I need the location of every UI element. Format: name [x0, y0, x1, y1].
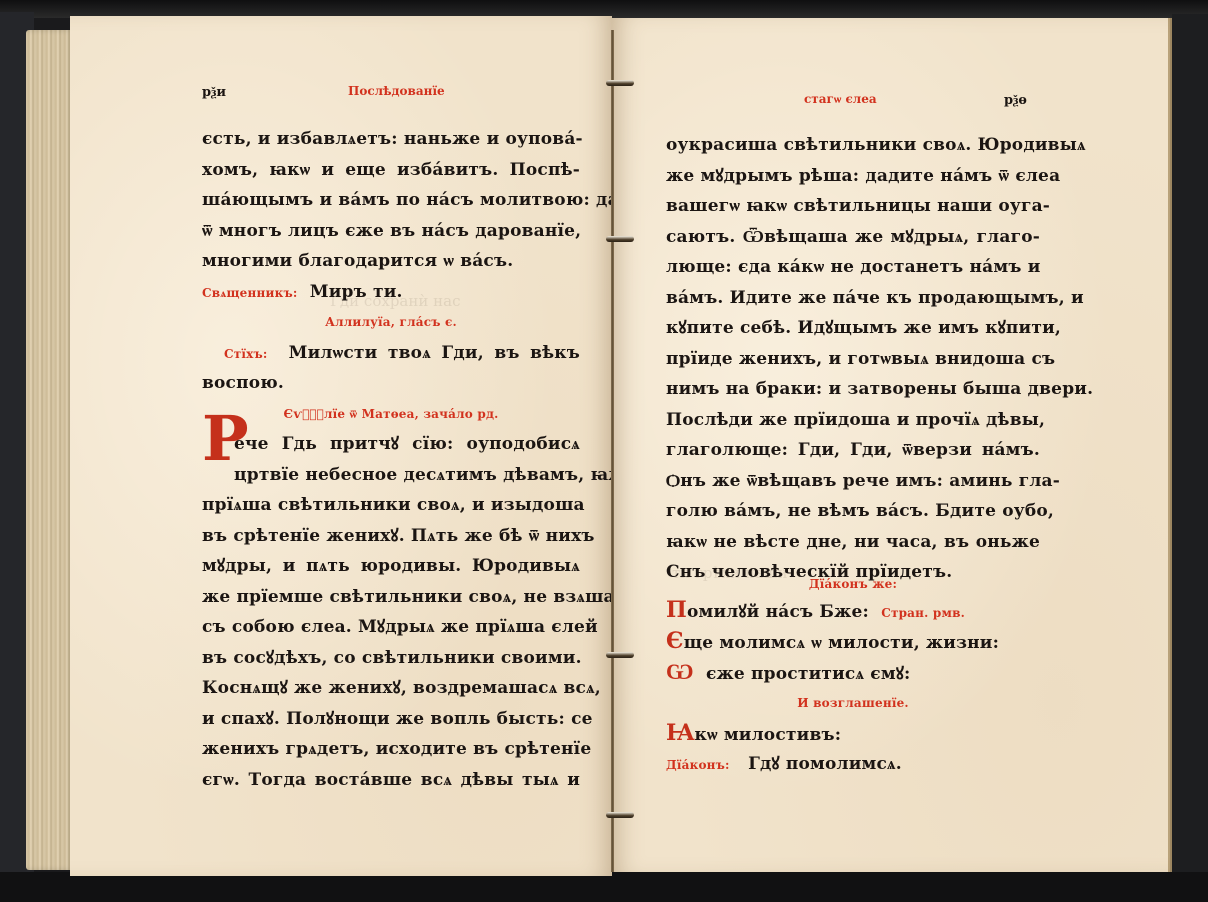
book-gutter — [611, 30, 614, 872]
right-page: ти грѣхи наши стагѡ єлеа рѯѳ оукрасиша с… — [612, 18, 1172, 872]
priest-rubric: Свѧщенникъ: — [202, 286, 297, 300]
book-cover-right — [1172, 14, 1208, 886]
ekphonesis-rubric: И возглашенїе. — [666, 689, 1040, 719]
final-text: кѡ милостивъ: — [695, 725, 842, 745]
litany-line: Помилꙋй нáсъ Бже: Стран. рмв. — [666, 596, 1040, 627]
litany-initial: П — [666, 597, 687, 623]
left-folio-number: рѯи — [202, 84, 226, 100]
text-line: женихъ грѧдетъ, исходите въ срѣтенїе — [202, 734, 580, 765]
text-line: Коснѧщꙋ же женихꙋ, воздремашасѧ всѧ, — [202, 673, 580, 704]
text-line: ече Гдь притчꙋ сїю: оуподобисѧ — [202, 429, 580, 460]
text-line: прїиде женихъ, и готѡвыѧ внидоша съ — [666, 344, 1040, 375]
page-edges — [26, 30, 74, 870]
text-line: шáющымъ и вáмъ по нáсъ молитвою: да — [202, 185, 580, 216]
binding-stitch — [606, 812, 634, 818]
text-line: єсть, и избавлѧетъ: наньже и оуповá- — [202, 124, 580, 155]
final-initial: Ꙗ — [666, 720, 695, 746]
litany-text: ще молимсѧ ѡ милости, жизни: — [684, 633, 999, 653]
right-folio-number: рѯѳ — [1004, 92, 1027, 108]
deacon-final-line: Дїáконъ: Гдꙋ помолимсѧ. — [666, 750, 1040, 781]
text-line: саютъ. Ѿвѣщаша же мꙋдрыѧ, глаго- — [666, 222, 1040, 253]
right-running-head: стагѡ єлеа — [804, 92, 877, 107]
left-running-head: Послѣдованїе — [348, 84, 445, 98]
text-line: въ срѣтенїе женихꙋ. Пѧть же бѣ ѿ нихъ — [202, 521, 580, 552]
litany-text: омилꙋй нáсъ Бже: — [687, 602, 869, 622]
deacon-rubric-2: Дїáконъ: — [666, 758, 730, 772]
text-line: оукрасиша свѣтильники своѧ. Юродивыѧ — [666, 130, 1040, 161]
gospel-heading: Єѵⷢⷭ҇лїе ѿ Матѳеа, зачáло рд. — [202, 399, 580, 430]
litany-line: Єще молимсѧ ѡ милости, жизни: — [666, 627, 1040, 658]
litany-rubric: Стран. рмв. — [881, 606, 965, 620]
binding-stitch — [606, 652, 634, 658]
gospel-text: ече Гдь притчꙋ сїю: оуподобисѧ цртвїе не… — [202, 429, 580, 795]
text-line: ꙗкѡ не вѣсте дне, ни часа, въ оньже — [666, 527, 1040, 558]
background-bottom — [0, 872, 1208, 902]
text-line: єгѡ. Тогда востáвше всѧ дѣвы тыѧ и — [202, 765, 580, 796]
text-line: глаголюще: Гди, Гди, ѿверзи нáмъ. — [666, 435, 1040, 466]
stich-rubric: Стїхъ: — [224, 347, 268, 361]
stich-line: Стїхъ: Милѡсти твоѧ Гди, въ вѣкъ — [202, 338, 580, 369]
left-page: Гди сохранѝ нас рѯи Послѣдованїе єсть, и… — [70, 16, 612, 876]
text-line: Послѣди же прїидоша и прочїѧ дѣвы, — [666, 405, 1040, 436]
text-line: въ сосꙋдѣхъ, со свѣтильники своими. — [202, 643, 580, 674]
text-line: же прїемше свѣтильники своѧ, не взѧша — [202, 582, 580, 613]
text-line: многими благодарится ѡ вáсъ. — [202, 246, 580, 277]
text-line: съ собою єлеа. Мꙋдрыѧ же прїѧша єлей — [202, 612, 580, 643]
priest-text: Миръ ти. — [310, 282, 403, 302]
text-line: хомъ, ꙗкѡ и еще избáвитъ. Поспѣ- — [202, 155, 580, 186]
alleluia-rubric: Аллилуїа, глáсъ є. — [202, 307, 580, 338]
right-text-body: оукрасиша свѣтильники своѧ. Юродивыѧ же … — [666, 130, 1040, 588]
deacon-rubric: Дїáконъ же: — [666, 570, 1040, 596]
litany-text: єже проститисѧ ємꙋ: — [706, 664, 911, 684]
litany-block: Дїáконъ же: Помилꙋй нáсъ Бже: Стран. рмв… — [666, 570, 1040, 781]
left-text-body: єсть, и избавлѧетъ: наньже и оуповá- хом… — [202, 124, 580, 429]
text-line: и спахꙋ. Полꙋнощи же вопль бысть: се — [202, 704, 580, 735]
text-line: ѿ многъ лицъ єже въ нáсъ дарованїе, — [202, 216, 580, 247]
text-line: кꙋпите себѣ. Идꙋщымъ же имъ кꙋпити, — [666, 313, 1040, 344]
deacon-final-text: Гдꙋ помолимсѧ. — [748, 754, 902, 774]
text-line: люще: єда кáкѡ не достанетъ нáмъ и — [666, 252, 1040, 283]
stich-text: Милѡсти твоѧ Гди, въ вѣкъ — [289, 343, 580, 363]
text-line: вáмъ. Идите же пáче къ продающымъ, и — [666, 283, 1040, 314]
binding-stitch — [606, 236, 634, 242]
text-line: нимъ на браки: и затворены быша двери. — [666, 374, 1040, 405]
text-line: воспою. — [202, 368, 580, 399]
text-line: прїѧша свѣтильники своѧ, и изыдоша — [202, 490, 580, 521]
litany-initial: Є — [666, 628, 684, 654]
priest-line: Свѧщенникъ: Миръ ти. — [202, 277, 580, 308]
text-line: цртвїе небесное десѧтимъ дѣвамъ, ꙗже — [202, 460, 580, 491]
text-line: голю вáмъ, не вѣмъ вáсъ. Бдите оубо, — [666, 496, 1040, 527]
text-line: мꙋдры, и пѧть юродивы. Юродивыѧ — [202, 551, 580, 582]
text-line: же мꙋдрымъ рѣша: дадите нáмъ ѿ єлеа — [666, 161, 1040, 192]
text-line: вашегѡ ꙗкѡ свѣтильницы наши оуга- — [666, 191, 1040, 222]
final-line: Ꙗкѡ милостивъ: — [666, 719, 1040, 750]
text-line: Ѻнъ же ѿвѣщавъ рече имъ: аминь гла- — [666, 466, 1040, 497]
litany-line: Ѡ єже проститисѧ ємꙋ: — [666, 658, 1040, 689]
binding-stitch — [606, 80, 634, 86]
litany-initial: Ѡ — [666, 659, 694, 685]
